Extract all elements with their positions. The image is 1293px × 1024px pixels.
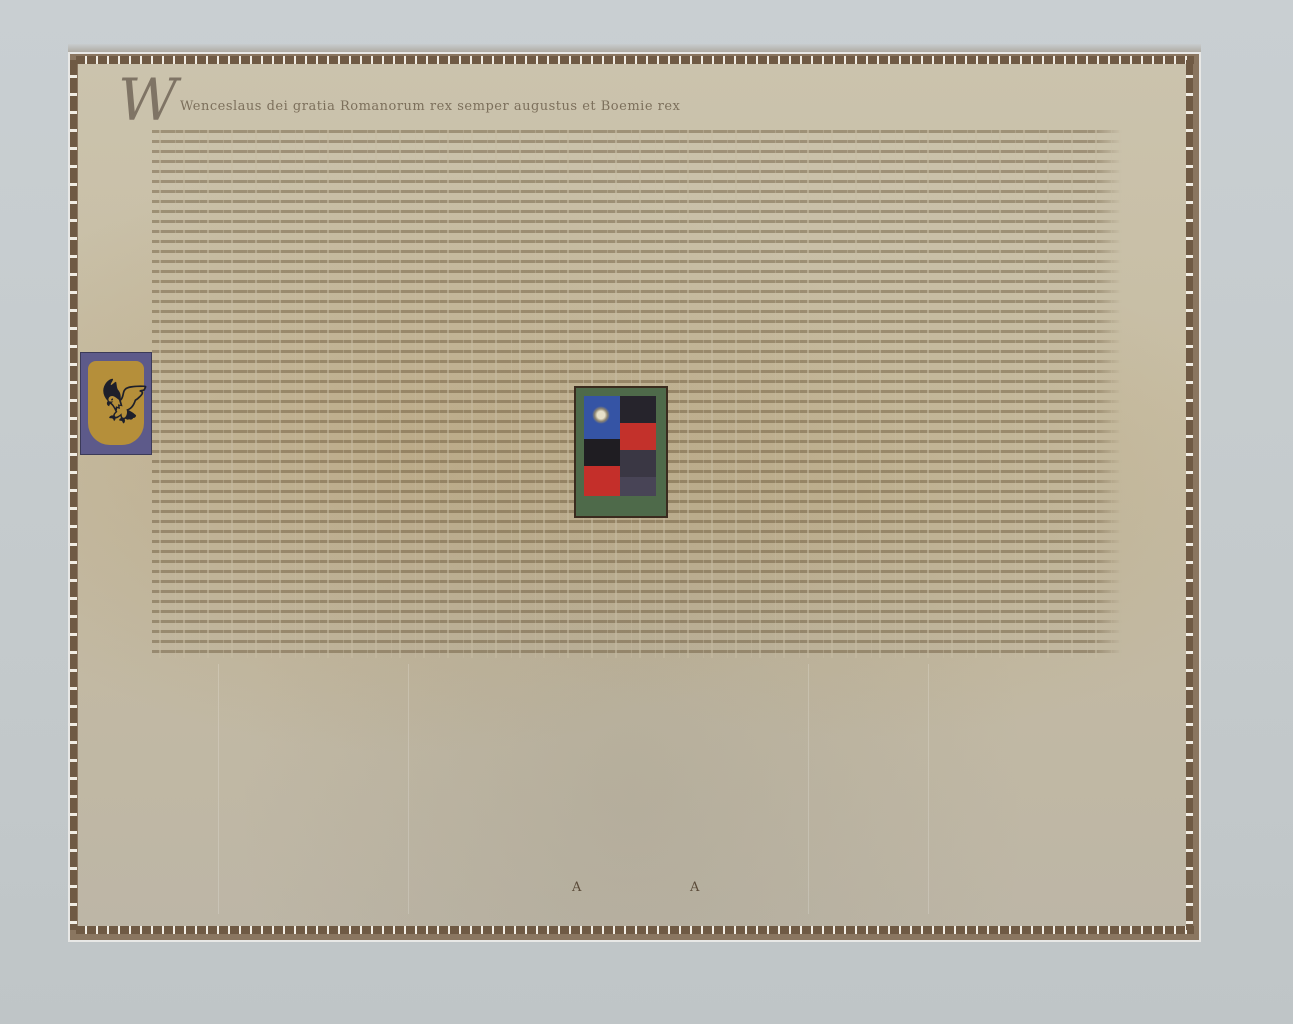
arms-quarter-red: [584, 466, 620, 496]
stitched-border-left: [70, 60, 77, 930]
arms-quarter-dark: [620, 477, 656, 496]
arms-quarter-black: [584, 439, 620, 466]
eagle-icon: 🦅︎: [97, 367, 135, 437]
arms-quarter-black: [620, 396, 656, 423]
stitched-border-right: [1186, 60, 1193, 930]
arms-quarter-red: [620, 423, 656, 450]
stitched-border-bottom: [76, 926, 1194, 934]
fold-crease: [408, 664, 409, 914]
sun-icon: [592, 406, 610, 424]
stitched-border-top: [76, 56, 1194, 64]
bottom-mark: A: [690, 880, 699, 895]
fold-crease: [928, 664, 929, 914]
arms-quarter-dark: [620, 450, 656, 477]
fold-crease: [808, 664, 809, 914]
illuminated-initial: W: [118, 66, 178, 134]
coat-of-arms-quartered: [574, 386, 668, 518]
fold-crease: [218, 664, 219, 914]
bottom-mark: A: [572, 880, 581, 895]
coat-of-arms-eagle: 🦅︎: [80, 352, 152, 455]
charter-first-line: Wenceslaus dei gratia Romanorum rex semp…: [180, 100, 1080, 116]
